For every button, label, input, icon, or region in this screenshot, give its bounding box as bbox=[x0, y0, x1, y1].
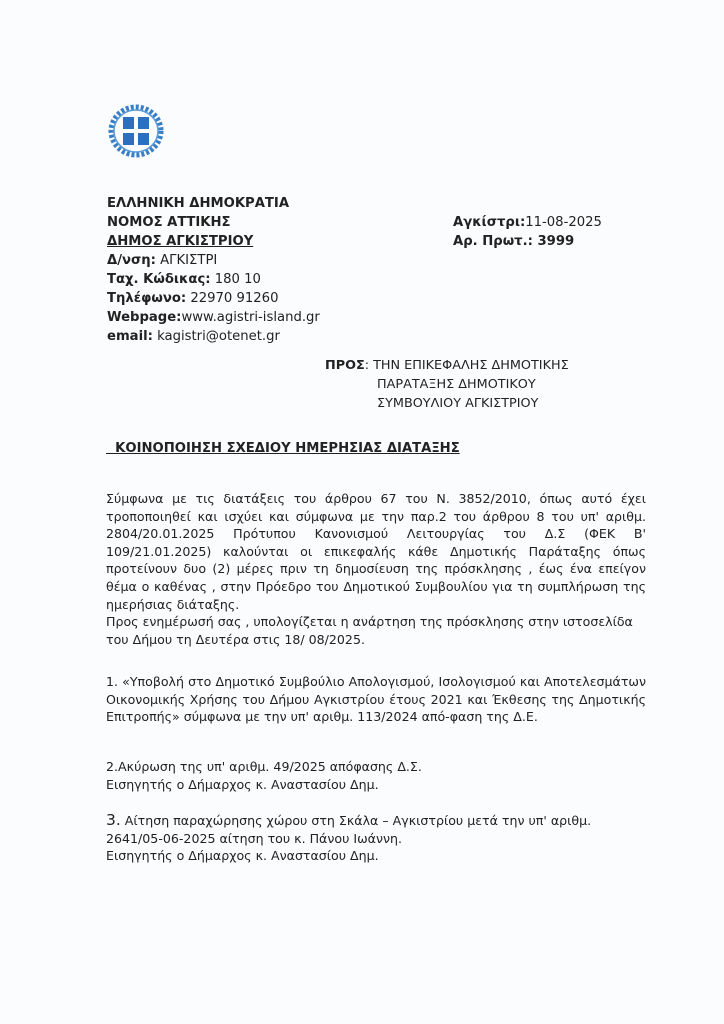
address-value: ΑΓΚΙΣΤΡΙ bbox=[156, 253, 217, 268]
protocol-line: Αρ. Πρωτ.: 3999 bbox=[453, 232, 602, 251]
issuer-block: ΕΛΛΗΝΙΚΗ ΔΗΜΟΚΡΑΤΙΑ ΝΟΜΟΣ ΑΤΤΙΚΗΣ ΔΗΜΟΣ … bbox=[107, 194, 320, 346]
recipient-label: ΠΡΟΣ bbox=[325, 358, 365, 373]
recipient-block: ΠΡΟΣ: ΤΗΝ ΕΠΙΚΕΦΑΛΗΣ ΔΗΜΟΤΙΚΗΣ ΠΑΡΑΤΑΞΗΣ… bbox=[325, 356, 569, 413]
phone-line: Τηλέφωνο: 22970 91260 bbox=[107, 289, 320, 308]
recipient-line-1: : ΤΗΝ ΕΠΙΚΕΦΑΛΗΣ ΔΗΜΟΤΙΚΗΣ bbox=[365, 358, 569, 373]
notice-paragraph: Προς ενημέρωσή σας , υπολογίζεται η ανάρ… bbox=[106, 613, 646, 648]
recipient-line-3: ΣΥΜΒΟΥΛΙΟΥ ΑΓΚΙΣΤΡΙΟΥ bbox=[325, 394, 569, 413]
body-text: Σύμφωνα με τις διατάξεις του άρθρου 67 τ… bbox=[106, 490, 646, 648]
document-date: 11-08-2025 bbox=[525, 215, 602, 230]
item-number: 2. bbox=[106, 759, 118, 774]
email-link[interactable]: kagistri@otenet.gr bbox=[153, 329, 280, 344]
greek-coat-of-arms-icon bbox=[108, 104, 164, 158]
municipality-name: ΔΗΜΟΣ ΑΓΚΙΣΤΡΙΟΥ bbox=[107, 232, 320, 251]
item-text: «Υποβολή στο Δημοτικό Συμβούλιο Απολογισ… bbox=[106, 674, 646, 724]
web-link[interactable]: www.agistri-island.gr bbox=[181, 310, 319, 325]
web-label: Webpage: bbox=[107, 310, 181, 325]
postal-line: Ταχ. Κώδικας: 180 10 bbox=[107, 270, 320, 289]
phone-value: 22970 91260 bbox=[186, 291, 278, 306]
item-rapporteur: Εισηγητής ο Δήμαρχος κ. Αναστασίου Δημ. bbox=[106, 776, 646, 794]
phone-label: Τηλέφωνο: bbox=[107, 291, 186, 306]
protocol-number: 3999 bbox=[537, 234, 574, 249]
document-page: ΕΛΛΗΝΙΚΗ ΔΗΜΟΚΡΑΤΙΑ ΝΟΜΟΣ ΑΤΤΙΚΗΣ ΔΗΜΟΣ … bbox=[0, 0, 724, 1024]
web-line: Webpage:www.agistri-island.gr bbox=[107, 308, 320, 327]
item-number: 3. bbox=[106, 811, 121, 829]
country-name: ΕΛΛΗΝΙΚΗ ΔΗΜΟΚΡΑΤΙΑ bbox=[107, 194, 320, 213]
place-label: Αγκίστρι: bbox=[453, 215, 525, 230]
item-number: 1. bbox=[106, 674, 118, 689]
agenda-item-1: 1. «Υποβολή στο Δημοτικό Συμβούλιο Απολο… bbox=[106, 673, 646, 726]
date-line: Αγκίστρι:11-08-2025 bbox=[453, 213, 602, 232]
prefecture-name: ΝΟΜΟΣ ΑΤΤΙΚΗΣ bbox=[107, 213, 320, 232]
item-text: Αίτηση παραχώρησης χώρου στη Σκάλα – Αγκ… bbox=[106, 813, 591, 846]
email-label: email: bbox=[107, 329, 153, 344]
agenda-item-3: 3. Αίτηση παραχώρησης χώρου στη Σκάλα – … bbox=[106, 812, 646, 865]
email-line: email: kagistri@otenet.gr bbox=[107, 327, 320, 346]
postal-value: 180 10 bbox=[211, 272, 261, 287]
protocol-label: Αρ. Πρωτ.: bbox=[453, 234, 537, 249]
address-line: Δ/νση: ΑΓΚΙΣΤΡΙ bbox=[107, 251, 320, 270]
item-rapporteur: Εισηγητής ο Δήμαρχος κ. Αναστασίου Δημ. bbox=[106, 847, 646, 865]
postal-label: Ταχ. Κώδικας: bbox=[107, 272, 211, 287]
reference-block: Αγκίστρι:11-08-2025 Αρ. Πρωτ.: 3999 bbox=[453, 213, 602, 251]
agenda-item-2: 2.Ακύρωση της υπ' αριθμ. 49/2025 απόφαση… bbox=[106, 758, 646, 793]
recipient-line-2: ΠΑΡΑΤΑΞΗΣ ΔΗΜΟΤΙΚΟΥ bbox=[325, 375, 569, 394]
document-title: ΚΟΙΝΟΠΟΙΗΣΗ ΣΧΕΔΙΟΥ ΗΜΕΡΗΣΙΑΣ ΔΙΑΤΑΞΗΣ bbox=[106, 441, 460, 456]
address-label: Δ/νση: bbox=[107, 253, 156, 268]
intro-paragraph: Σύμφωνα με τις διατάξεις του άρθρου 67 τ… bbox=[106, 490, 646, 613]
item-text: Ακύρωση της υπ' αριθμ. 49/2025 απόφασης … bbox=[118, 759, 422, 774]
